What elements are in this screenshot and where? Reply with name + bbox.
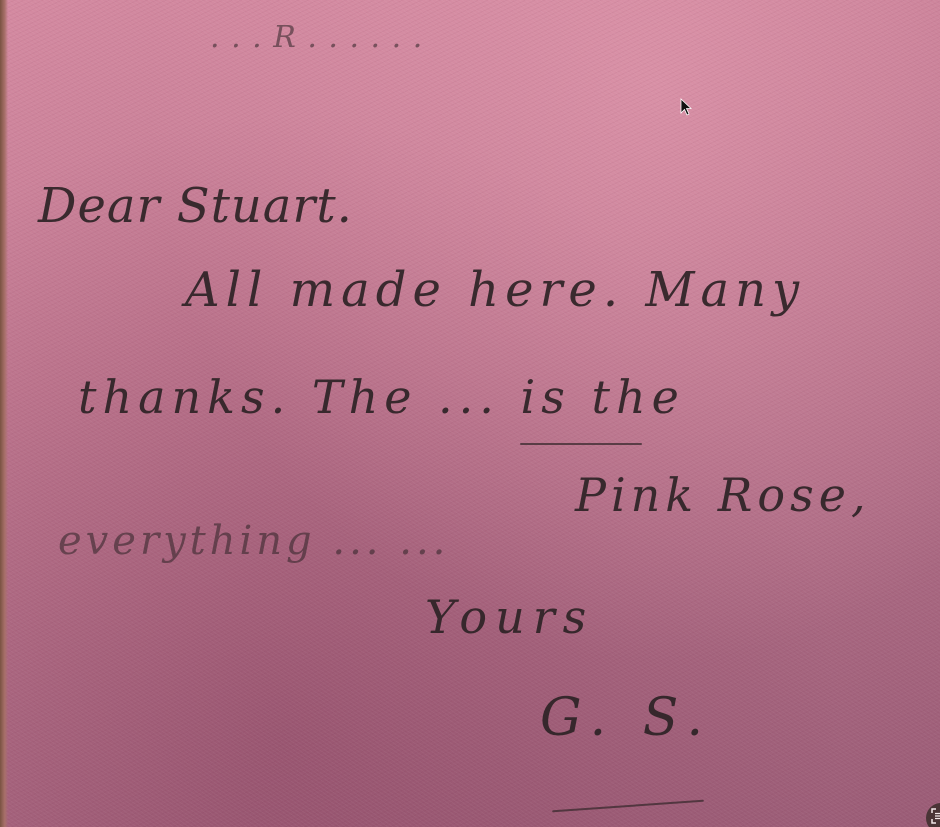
mouse-pointer-icon: [680, 98, 692, 116]
letter-line-4: everything ... ...: [58, 518, 449, 564]
letter-signature: G. S.: [540, 688, 713, 748]
underline-mark: [520, 443, 642, 445]
letter-line-2: thanks. The ... is the: [78, 370, 685, 424]
letter-salutation: Dear Stuart.: [38, 178, 353, 234]
letter-header-line: . . . R . . . . . .: [210, 20, 423, 55]
paper-edge: [0, 0, 8, 827]
live-text-scan-icon: [931, 808, 940, 824]
letter-photo: . . . R . . . . . . Dear Stuart. All mad…: [0, 0, 940, 827]
letter-line-1: All made here. Many: [185, 262, 805, 318]
letter-line-3: Pink Rose,: [575, 468, 871, 522]
letter-closing: Yours: [425, 590, 594, 644]
